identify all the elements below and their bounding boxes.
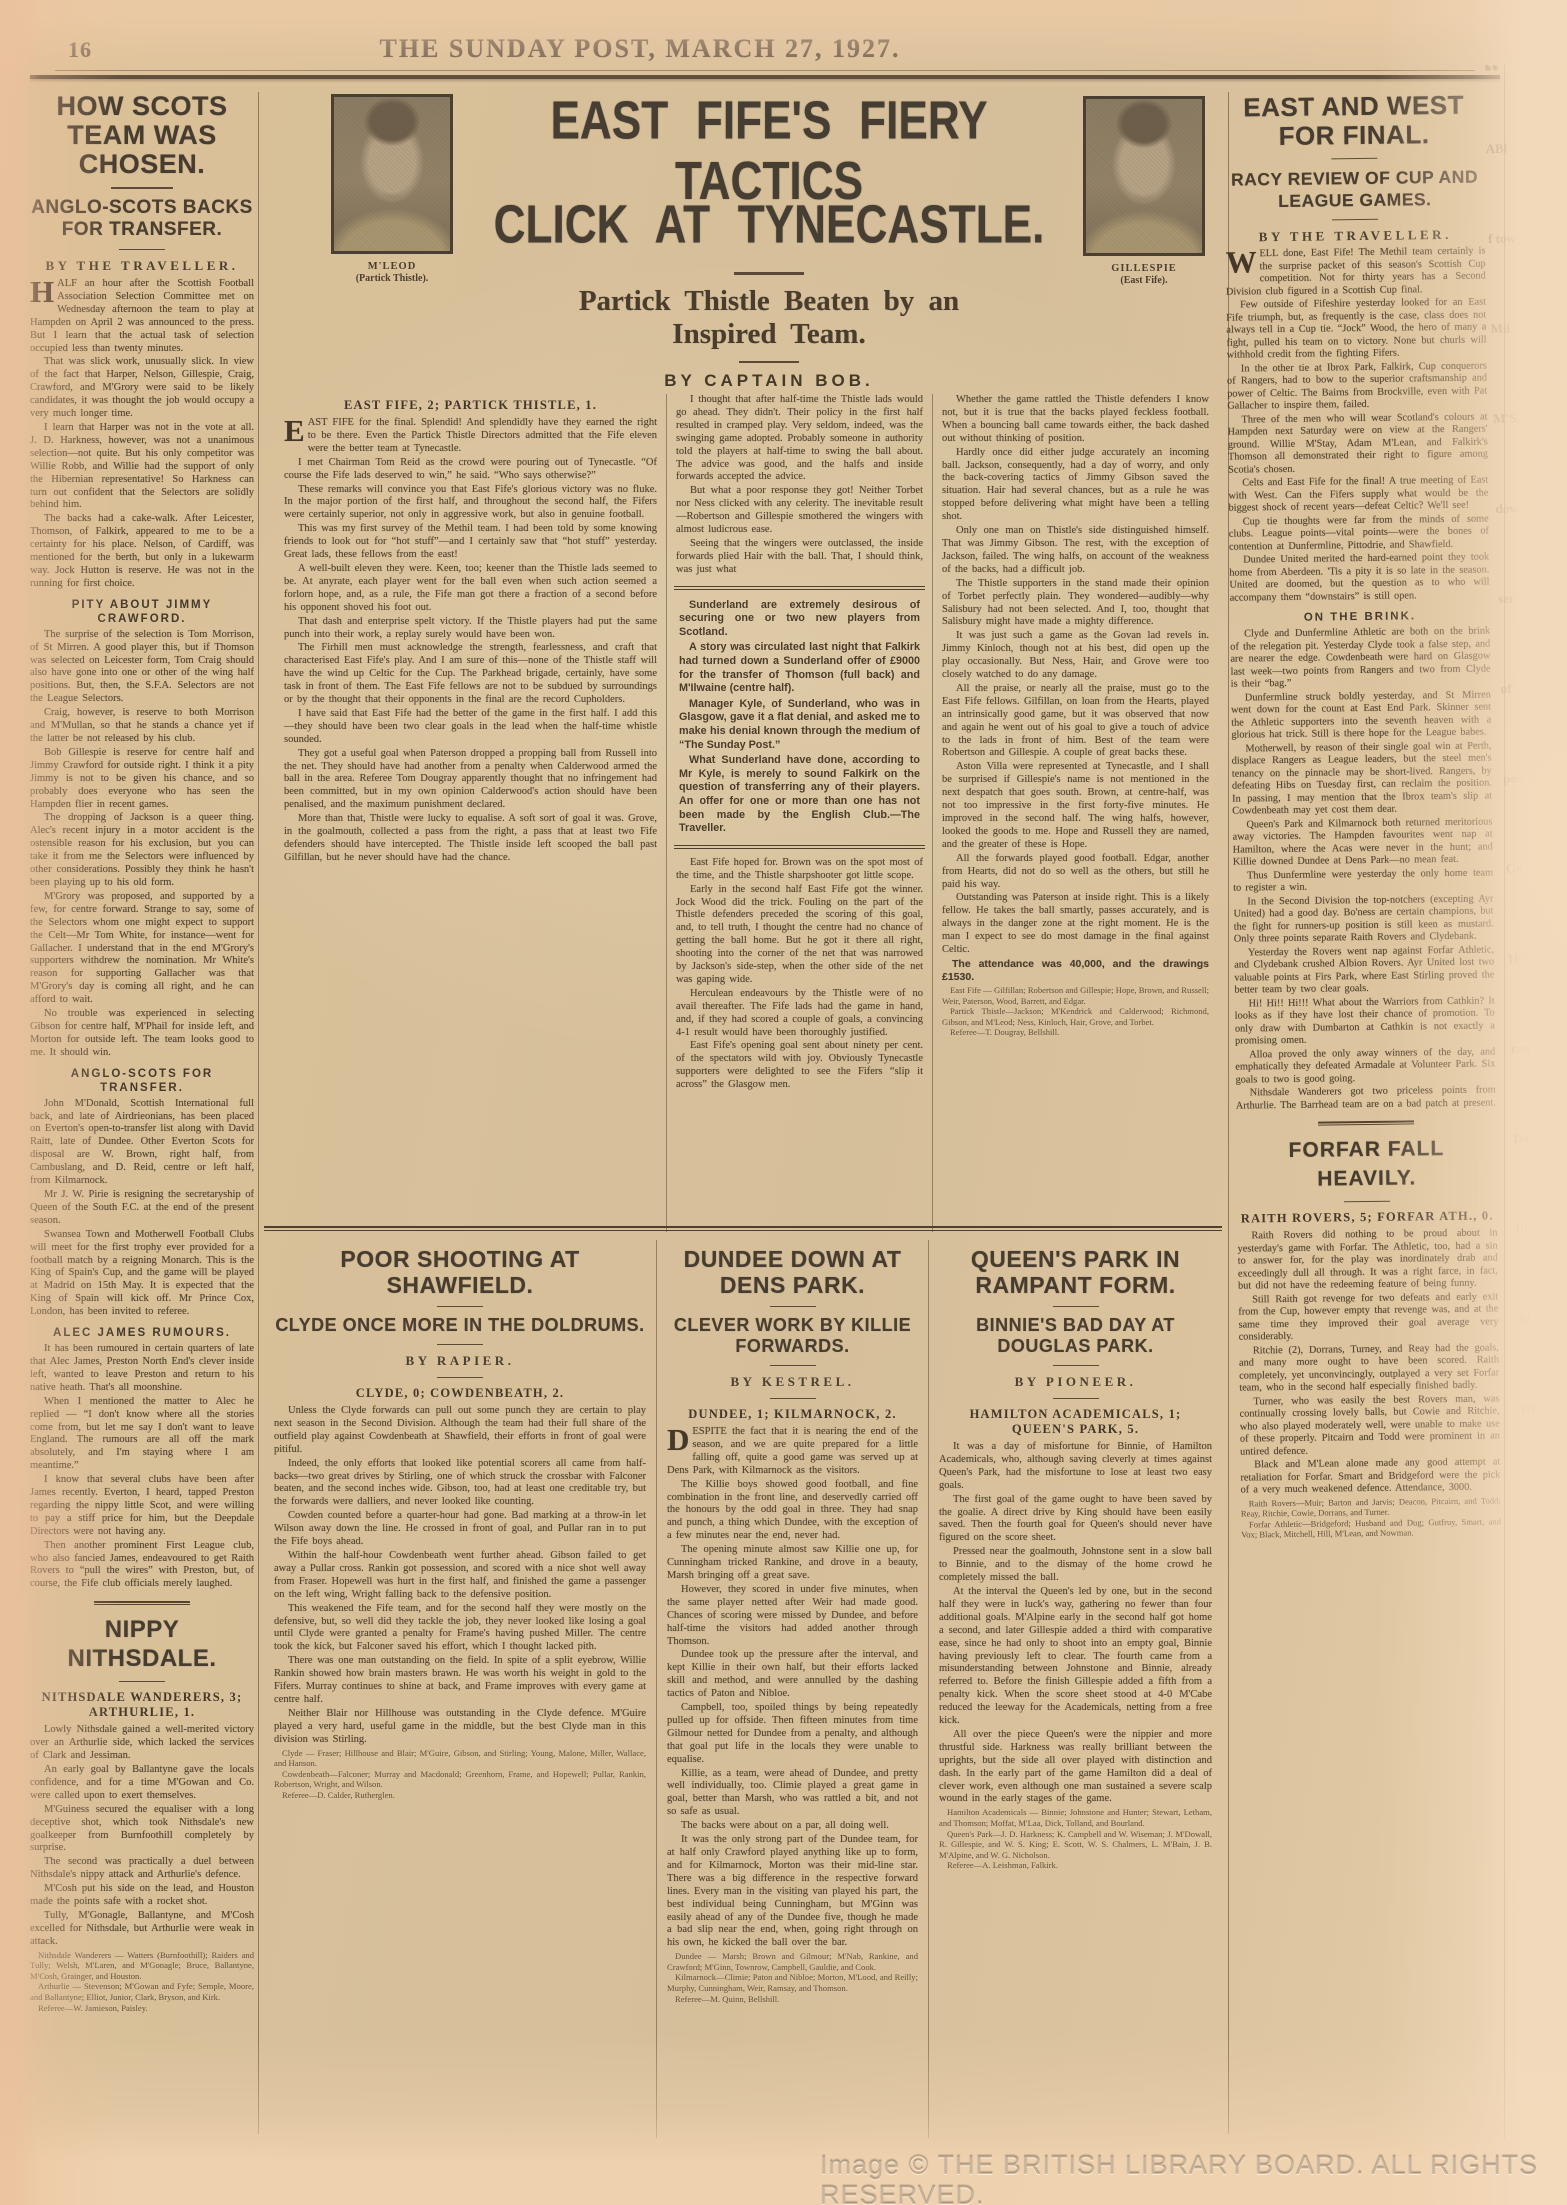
paragraph: The dropping of Jackson is a queer thing… xyxy=(30,812,254,889)
photo-mleod: M'LEOD (Partick Thistle). xyxy=(328,94,456,285)
team-lineup: Forfar Athletic—Bridgeford; Husband and … xyxy=(1241,1516,1501,1540)
paragraph: Thus Dunfermline were yesterday the only… xyxy=(1233,867,1493,895)
article-queens-park: QUEEN'S PARK IN RAMPANT FORM. BINNIE'S B… xyxy=(928,1240,1222,2138)
paragraph: I met Chairman Tom Reid as the crowd wer… xyxy=(284,457,657,483)
paragraph: It was a day of misfortune for Binnie, o… xyxy=(939,1441,1212,1493)
paragraph: Three of the men who will wear Scotland'… xyxy=(1227,411,1488,477)
edge-text-fragment: Gu xyxy=(1505,859,1565,877)
queens-park-subhead: BINNIE'S BAD DAY AT DOUGLAS PARK. xyxy=(939,1315,1212,1357)
col-b-top: I thought that after half-time the Thist… xyxy=(676,394,923,577)
divider-rule xyxy=(1053,1306,1099,1307)
left-article-byline: BY THE TRAVELLER. xyxy=(30,258,254,274)
team-lineup: Partick Thistle—Jackson; M'Kendrick and … xyxy=(942,1006,1209,1027)
right-subhead: RACY REVIEW OF CUP AND LEAGUE GAMES. xyxy=(1224,165,1485,212)
paragraph: However, they scored in under five minut… xyxy=(667,1584,918,1649)
article-dens-park: DUNDEE DOWN AT DENS PARK. CLEVER WORK BY… xyxy=(656,1240,928,2138)
paragraph: That was slick work, unusually slick. In… xyxy=(30,356,254,421)
paragraph: The Thistle supporters in the stand made… xyxy=(942,578,1209,630)
paragraph: Lowly Nithsdale gained a well-merited vi… xyxy=(30,1724,254,1763)
paragraph: It was the only strong part of the Dunde… xyxy=(667,1834,918,1950)
paragraph: Manager Kyle, of Sunderland, who was in … xyxy=(679,698,920,752)
paragraph: When I mentioned the matter to Alec he r… xyxy=(30,1396,254,1473)
paragraph: Mr J. W. Pirie is resigning the secretar… xyxy=(30,1189,254,1228)
left-article-body: HALF an hour after the Scottish Football… xyxy=(30,278,254,1591)
paragraph: All the praise, or nearly all the praise… xyxy=(942,683,1209,760)
dens-park-body: DUNDEE, 1; KILMARNOCK, 2.DESPITE the fac… xyxy=(667,1407,918,2004)
section-divider xyxy=(1318,1120,1414,1125)
edge-text-fragment: ser xyxy=(1498,589,1558,607)
paragraph: That dash and enterprise spelt victory. … xyxy=(284,616,657,642)
team-lineup: Referee—M. Quinn, Bellshill. xyxy=(667,1994,918,2005)
paragraph: They got a useful goal when Paterson dro… xyxy=(284,748,657,813)
paragraph: Pressed near the goalmouth, Johnstone se… xyxy=(939,1546,1212,1585)
player-portrait-photo xyxy=(1083,96,1205,256)
paragraph: At the interval the Queen's led by one, … xyxy=(939,1586,1212,1728)
column-rule xyxy=(258,92,259,2134)
queens-park-headline: QUEEN'S PARK IN RAMPANT FORM. xyxy=(939,1246,1212,1298)
newspaper-page: 16 THE SUNDAY POST, MARCH 27, 1927. HOW … xyxy=(0,0,1567,2205)
sunderland-inset-box: Sunderland are extremely desirous of sec… xyxy=(674,586,925,849)
team-lineup: East Fife — Gilfillan; Robertson and Gil… xyxy=(942,985,1209,1006)
paper-title: THE SUNDAY POST, MARCH 27, 1927. xyxy=(30,34,1250,64)
paragraph: Swansea Town and Motherwell Football Clu… xyxy=(30,1229,254,1319)
right-headline-line2: FOR FINAL. xyxy=(1224,119,1484,151)
paragraph: The backs were about on a par, all doing… xyxy=(667,1820,918,1833)
paragraph: These remarks will convince you that Eas… xyxy=(284,484,657,523)
edge-text-fragment: of xyxy=(1500,679,1560,697)
paragraph: I thought that after half-time the Thist… xyxy=(676,394,923,484)
paragraph: Clyde and Dunfermline Athletic are both … xyxy=(1230,625,1491,691)
main-article-columns: EAST FIFE, 2; PARTICK THISTLE, 1.EAST FI… xyxy=(280,394,1218,1232)
left-article-scots-team: HOW SCOTS TEAM WAS CHOSEN. ANGLO-SCOTS B… xyxy=(30,92,254,2138)
paragraph: East Fife's opening goal sent about nine… xyxy=(676,1040,923,1092)
edge-text-fragment: f tow xyxy=(1488,229,1548,247)
nithsdale-headline: NIPPY NITHSDALE. xyxy=(30,1615,254,1673)
main-article-col-a: EAST FIFE, 2; PARTICK THISTLE, 1.EAST FI… xyxy=(280,394,666,1232)
paragraph: This weakened the Fife team, and for the… xyxy=(274,1603,646,1655)
divider-rule xyxy=(119,249,165,250)
paragraph: John M'Donald, Scottish International fu… xyxy=(30,1098,254,1188)
divider-rule xyxy=(1331,158,1377,160)
shawfield-body: CLYDE, 0; COWDENBEATH, 2.Unless the Clyd… xyxy=(274,1386,646,1801)
paragraph: There was one man outstanding on the fie… xyxy=(274,1655,646,1707)
paragraph: I know that several clubs have been afte… xyxy=(30,1474,254,1539)
paragraph: Nithsdale Wanderers got two priceless po… xyxy=(1236,1084,1496,1112)
paragraph: Seeing that the wingers were outclassed,… xyxy=(676,538,923,577)
edge-text-fragment: pos xyxy=(1503,769,1563,787)
main-headline-block: EAST FIFE'S FIERY TACTICS CLICK AT TYNEC… xyxy=(462,90,1076,391)
main-subhead-line2: Inspired Team. xyxy=(462,318,1076,351)
edge-text-fragment: “ xyxy=(1483,64,1543,82)
paragraph: The attendance was 40,000, and the drawi… xyxy=(942,958,1209,984)
queens-park-byline: BY PIONEER. xyxy=(939,1374,1212,1390)
paragraph: East Fife hoped for. Brown was on the sp… xyxy=(676,857,923,883)
paragraph: Then another prominent First League club… xyxy=(30,1540,254,1592)
paragraph: Herculean endeavours by the Thistle were… xyxy=(676,988,923,1040)
paragraph: The Killie boys showed good football, an… xyxy=(667,1479,918,1544)
paragraph: M'Grory was proposed, and supported by a… xyxy=(30,891,254,1007)
library-watermark: Image © THE BRITISH LIBRARY BOARD. ALL R… xyxy=(820,2150,1567,2205)
paragraph: Tully, M'Gonagle, Ballantyne, and M'Cosh… xyxy=(30,1910,254,1949)
main-article-col-c: Whether the game rattled the Thistle def… xyxy=(932,394,1218,1232)
shawfield-subhead: CLYDE ONCE MORE IN THE DOLDRUMS. xyxy=(274,1315,646,1336)
paragraph: Motherwell, by reason of their single go… xyxy=(1231,740,1492,818)
main-headline-line1: EAST FIFE'S FIERY TACTICS xyxy=(474,90,1063,211)
paragraph: The opening minute almost saw Killie one… xyxy=(667,1544,918,1583)
team-lineup: Nithsdale Wanderers — Watters (Burnfooth… xyxy=(30,1950,254,1982)
paragraph: Black and M'Lean alone made any good att… xyxy=(1240,1456,1500,1497)
edge-text-fragment: Mil xyxy=(1490,319,1550,337)
paragraph: Dunfermline struck boldly yesterday, and… xyxy=(1231,689,1492,742)
main-byline: BY CAPTAIN BOB. xyxy=(462,371,1076,391)
team-lineup: Referee—W. Jamieson, Paisley. xyxy=(30,2003,254,2014)
paragraph: Within the half-hour Cowdenbeath went fu… xyxy=(274,1550,646,1602)
paragraph: Few outside of Fifeshire yesterday looke… xyxy=(1226,296,1487,362)
team-lineup: Arthurlie — Stevenson; M'Gowan and Fyfe;… xyxy=(30,1981,254,2002)
paragraph: Still Raith got revenge for two defeats … xyxy=(1238,1291,1499,1344)
team-lineup: Referee—D. Calder, Rutherglen. xyxy=(274,1790,646,1801)
paragraph: Alloa proved the only away winners of th… xyxy=(1235,1046,1495,1087)
team-lineup: Queen's Park—J. D. Harkness; K. Campbell… xyxy=(939,1829,1212,1861)
horizontal-section-rule xyxy=(264,1226,1222,1231)
paragraph: Yesterday the Rovers went nap against Fo… xyxy=(1234,944,1495,997)
paragraph: Craig, however, is reserve to both Morri… xyxy=(30,707,254,746)
divider-rule xyxy=(1332,219,1378,221)
paragraph: The second was practically a duel betwee… xyxy=(30,1856,254,1882)
team-lineup: Kilmarnock—Climie; Paton and Nibloe; Mor… xyxy=(667,1972,918,1993)
scoreline: EAST FIFE, 2; PARTICK THISTLE, 1. xyxy=(284,398,657,413)
section-divider xyxy=(94,1601,190,1605)
team-lineup: Referee—T. Dougray, Bellshill. xyxy=(942,1027,1209,1038)
edge-text-fragment: Hi xyxy=(1521,1399,1567,1417)
paragraph: Cup tie thoughts were far from the minds… xyxy=(1229,513,1489,554)
edge-text-fragment: Bl xyxy=(1518,1309,1567,1327)
col-b-bottom: East Fife hoped for. Brown was on the sp… xyxy=(676,857,923,1092)
dens-park-byline: BY KESTREL. xyxy=(667,1374,918,1390)
divider-rule xyxy=(770,1365,816,1366)
main-headline-line2: CLICK AT TYNECASTLE. xyxy=(474,194,1063,254)
paragraph: Indeed, the only efforts that looked lik… xyxy=(274,1458,646,1510)
paragraph: Aston Villa were represented at Tynecast… xyxy=(942,761,1209,851)
paragraph: Hardly once did either judge accurately … xyxy=(942,447,1209,524)
masthead-rule-thick xyxy=(30,75,1500,79)
paragraph: Sunderland are extremely desirous of sec… xyxy=(679,599,920,640)
edge-text-fragment: Do xyxy=(1513,1129,1567,1147)
edge-text-fragment: th xyxy=(1516,1219,1567,1237)
paragraph: Whether the game rattled the Thistle def… xyxy=(942,394,1209,446)
paragraph: M'Guiness secured the equaliser with a l… xyxy=(30,1804,254,1856)
paragraph: The surprise of the selection is Tom Mor… xyxy=(30,629,254,706)
edge-text-fragment: Hi! xyxy=(1508,949,1567,967)
divider-rule xyxy=(119,1681,165,1682)
paragraph: The backs had a cake-walk. After Leicest… xyxy=(30,513,254,590)
paragraph: Campbell, too, spoiled things by being r… xyxy=(667,1702,918,1767)
main-article-east-fife: M'LEOD (Partick Thistle). EAST FIFE'S FI… xyxy=(264,88,1222,1234)
edge-text-fragment: ran xyxy=(1511,1039,1567,1057)
paragraph: DESPITE the fact that it is nearing the … xyxy=(667,1426,918,1478)
queens-park-body: HAMILTON ACADEMICALS, 1; QUEEN'S PARK, 5… xyxy=(939,1407,1212,1871)
player-portrait-photo xyxy=(331,94,453,254)
paragraph: Celts and East Fife for the final! A tru… xyxy=(1228,474,1488,515)
paragraph: EAST FIFE for the final. Splendid! And s… xyxy=(284,417,657,456)
right-byline: BY THE TRAVELLER. xyxy=(1225,226,1485,245)
paragraph: I learn that Harper was not in the vote … xyxy=(30,422,254,512)
team-lineup: Referee—A. Leishman, Falkirk. xyxy=(939,1860,1212,1871)
paragraph: The Firhill men must acknowledge the str… xyxy=(284,642,657,707)
left-article-headline: HOW SCOTS TEAM WAS CHOSEN. xyxy=(30,92,254,179)
masthead-rule-thin xyxy=(55,70,1475,71)
scoreline: HAMILTON ACADEMICALS, 1; QUEEN'S PARK, 5… xyxy=(939,1407,1212,1437)
paragraph: Unless the Clyde forwards can pull out s… xyxy=(274,1405,646,1457)
shawfield-headline: POOR SHOOTING AT SHAWFIELD. xyxy=(274,1246,646,1298)
paragraph: Cowden counted before a quarter-hour had… xyxy=(274,1510,646,1549)
team-lineup: Cowdenbeath—Falconer; Murray and Macdona… xyxy=(274,1769,646,1790)
edge-text-fragment: ABl xyxy=(1485,140,1545,158)
team-lineup: Hamilton Academicals — Binnie; Johnstone… xyxy=(939,1807,1212,1828)
team-lineup: Clyde — Fraser; Hillhouse and Blair; M'G… xyxy=(274,1748,646,1769)
paragraph: Bob Gillespie is reserve for centre half… xyxy=(30,747,254,812)
paragraph: I have said that East Fife had the bette… xyxy=(284,708,657,747)
paragraph: WELL done, East Fife! The Methil team ce… xyxy=(1225,245,1486,298)
paragraph: More than that, Thistle were lucky to eq… xyxy=(284,813,657,865)
bottom-articles-row: POOR SHOOTING AT SHAWFIELD. CLYDE ONCE M… xyxy=(264,1240,1222,2138)
paragraph: But what a poor response they got! Neith… xyxy=(676,485,923,537)
scoreline: RAITH ROVERS, 5; FORFAR ATH., 0. xyxy=(1237,1208,1497,1226)
paragraph: What Sunderland have done, according to … xyxy=(679,754,920,836)
paragraph: Dundee took up the pressure after the in… xyxy=(667,1649,918,1701)
divider-rule xyxy=(1053,1365,1099,1366)
main-subhead-line1: Partick Thistle Beaten by an xyxy=(462,285,1076,318)
photo-gillespie: GILLESPIE (East Fife). xyxy=(1080,96,1208,287)
edge-text-fragment: dow xyxy=(1495,499,1555,517)
paragraph: A well-built eleven they were. Keen, too… xyxy=(284,563,657,615)
divider-rule xyxy=(437,1306,483,1307)
paragraph: Dundee United merited the hard-earned po… xyxy=(1229,551,1490,604)
paragraph: In the Second Division the top-notchers … xyxy=(1233,893,1494,946)
divider-rule xyxy=(111,187,173,189)
scoreline: CLYDE, 0; COWDENBEATH, 2. xyxy=(274,1386,646,1401)
paragraph: In the other tie at Ibrox Park, Falkirk,… xyxy=(1227,360,1488,413)
divider-rule xyxy=(770,1306,816,1307)
paragraph: Queen's Park and Kilmarnock both returne… xyxy=(1232,816,1493,869)
main-article-col-b: I thought that after half-time the Thist… xyxy=(666,394,932,1232)
crosshead: ANGLO-SCOTS FOR TRANSFER. xyxy=(30,1067,254,1095)
photo-caption-team: (East Fife). xyxy=(1080,275,1208,287)
photo-caption-team: (Partick Thistle). xyxy=(328,273,456,285)
scoreline: DUNDEE, 1; KILMARNOCK, 2. xyxy=(667,1407,918,1422)
paragraph: HALF an hour after the Scottish Football… xyxy=(30,278,254,355)
photo-caption-name: GILLESPIE xyxy=(1080,262,1208,275)
right-article-body: WELL done, East Fife! The Methil team ce… xyxy=(1225,245,1496,1112)
paragraph: Raith Rovers did nothing to be proud abo… xyxy=(1237,1227,1498,1293)
paragraph: Only one man on Thistle's side distingui… xyxy=(942,525,1209,577)
paragraph: Hi! Hi!! Hi!!! What about the Warriors f… xyxy=(1235,995,1496,1048)
article-shawfield: POOR SHOOTING AT SHAWFIELD. CLYDE ONCE M… xyxy=(264,1240,656,2138)
paragraph: Killie, as a team, were ahead of Dundee,… xyxy=(667,1768,918,1820)
right-headline-line1: EAST AND WEST xyxy=(1224,90,1484,122)
forfar-headline: FORFAR FALL HEAVILY. xyxy=(1236,1133,1497,1194)
paragraph: It was just such a game as the Govan lad… xyxy=(942,630,1209,682)
left-article-subhead: ANGLO-SCOTS BACKS FOR TRANSFER. xyxy=(30,197,254,241)
dens-park-headline: DUNDEE DOWN AT DENS PARK. xyxy=(667,1246,918,1298)
paragraph: M'Cosh put his side on the lead, and Hou… xyxy=(30,1883,254,1909)
edge-text-fragment: M'S xyxy=(1493,409,1553,427)
paragraph: The first goal of the game ought to have… xyxy=(939,1494,1212,1546)
shawfield-byline: BY RAPIER. xyxy=(274,1353,646,1369)
divider-rule xyxy=(734,272,804,275)
crosshead: ALEC JAMES RUMOURS. xyxy=(30,1326,254,1340)
paragraph: Early in the second half East Fife got t… xyxy=(676,884,923,987)
paragraph: A story was circulated last night that F… xyxy=(679,641,920,695)
divider-rule xyxy=(1344,1201,1390,1203)
photo-caption-name: M'LEOD xyxy=(328,260,456,273)
paragraph: Turner, who was easily the best Rovers m… xyxy=(1239,1393,1500,1459)
divider-rule xyxy=(1053,1398,1099,1399)
paragraph: All the forwards played good football. E… xyxy=(942,853,1209,892)
paragraph: An early goal by Ballantyne gave the loc… xyxy=(30,1764,254,1803)
right-article-east-and-west: EAST AND WEST FOR FINAL. RACY REVIEW OF … xyxy=(1224,90,1509,2139)
crosshead: ON THE BRINK. xyxy=(1230,608,1490,625)
divider-rule xyxy=(437,1377,483,1378)
nithsdale-body: NITHSDALE WANDERERS, 3; ARTHURLIE, 1.Low… xyxy=(30,1690,254,2013)
paragraph: No trouble was experienced in selecting … xyxy=(30,1008,254,1060)
paragraph: Outstanding was Paterson at inside right… xyxy=(942,892,1209,957)
scoreline: NITHSDALE WANDERERS, 3; ARTHURLIE, 1. xyxy=(30,1690,254,1720)
paragraph: This was my first survey of the Methil t… xyxy=(284,523,657,562)
crosshead: PITY ABOUT JIMMY CRAWFORD. xyxy=(30,598,254,626)
paragraph: Neither Blair nor Hillhouse was outstand… xyxy=(274,1708,646,1747)
paragraph: All over the piece Queen's were the nipp… xyxy=(939,1729,1212,1806)
paragraph: It has been rumoured in certain quarters… xyxy=(30,1343,254,1395)
divider-rule xyxy=(437,1344,483,1345)
forfar-body: RAITH ROVERS, 5; FORFAR ATH., 0.Raith Ro… xyxy=(1237,1208,1501,1540)
dens-park-subhead: CLEVER WORK BY KILLIE FORWARDS. xyxy=(667,1315,918,1357)
masthead: 16 THE SUNDAY POST, MARCH 27, 1927. xyxy=(30,30,1500,72)
divider-rule xyxy=(770,1398,816,1399)
divider-rule xyxy=(739,361,799,363)
paragraph: Ritchie (2), Dorrans, Turney, and Reay h… xyxy=(1239,1342,1500,1395)
team-lineup: Dundee — Marsh; Brown and Gilmour; M'Nab… xyxy=(667,1951,918,1972)
